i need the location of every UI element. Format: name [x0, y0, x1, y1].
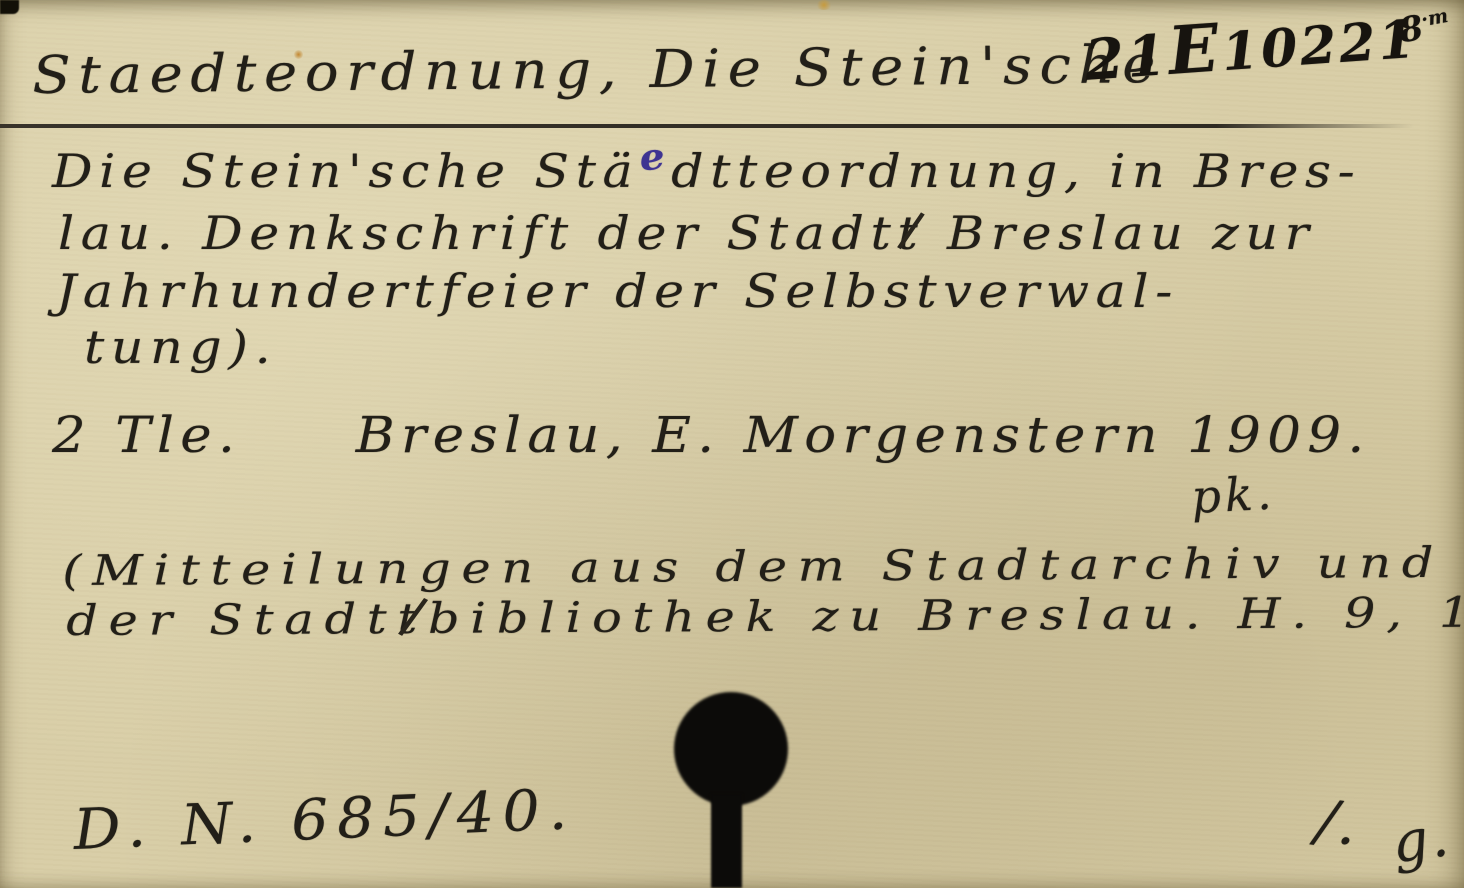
imprint-line: 2 Tle.Breslau, E. Morgenstern 1909.: [52, 406, 1371, 464]
series-note-2-text: der Stadt: [66, 594, 398, 645]
catalog-card: Staedteordnung, Die Stein'sche 21E10221 …: [0, 0, 1464, 888]
body-line-3: Jahrhundertfeier der Selbstverwal-: [56, 264, 1179, 318]
punch-hole: [674, 692, 788, 806]
call-number-shelf: 21: [1083, 22, 1171, 94]
examiner-initial: g.: [1388, 804, 1454, 876]
imprint-statement: Breslau, E. Morgenstern 1909.: [356, 406, 1371, 464]
check-slash-mark: /.: [1313, 786, 1364, 859]
card-heading: Staedteordnung, Die Stein'sche: [32, 35, 1163, 106]
accession-number: D. N. 685/40.: [72, 777, 577, 863]
scan-corner-mark: [0, 0, 19, 14]
call-number: 21E10221: [1082, 0, 1420, 96]
crossed-out-letter: t: [897, 206, 924, 260]
crossed-out-letter: t: [397, 594, 428, 643]
body-line-1-text: Die Stein'sche Stä: [52, 144, 639, 198]
series-note-2-rest: bibliothek zu Breslau. H. 9, 10.): [428, 587, 1464, 643]
body-line-2-text: lau. Denkschrift der Stadt: [58, 206, 897, 260]
body-line-1: Die Stein'sche Stäedtteordnung, in Bres-: [52, 144, 1361, 198]
heading-rule: [0, 124, 1414, 128]
body-line-2: lau. Denkschrift der Stadtt Breslau zur: [58, 206, 1315, 260]
call-number-letter: E: [1166, 8, 1225, 90]
blue-ink-insertion: e: [637, 135, 673, 180]
binding-note: pk.: [1190, 466, 1277, 524]
body-line-4: tung).: [84, 320, 277, 374]
series-note-line-2: der Stadttbibliothek zu Breslau. H. 9, 1…: [66, 587, 1464, 645]
call-number-number: 10221: [1220, 9, 1420, 84]
series-note-line-1: (Mitteilungen aus dem Stadtarchiv und: [62, 538, 1444, 595]
body-line-1-rest: dtteordnung, in Bres-: [671, 144, 1361, 198]
format-suffix: ·m: [1420, 5, 1450, 31]
paper-stain: [816, 0, 832, 10]
punch-hole-slot: [711, 794, 742, 888]
extent: 2 Tle.: [52, 406, 241, 464]
body-line-2-rest: Breslau zur: [924, 206, 1315, 260]
